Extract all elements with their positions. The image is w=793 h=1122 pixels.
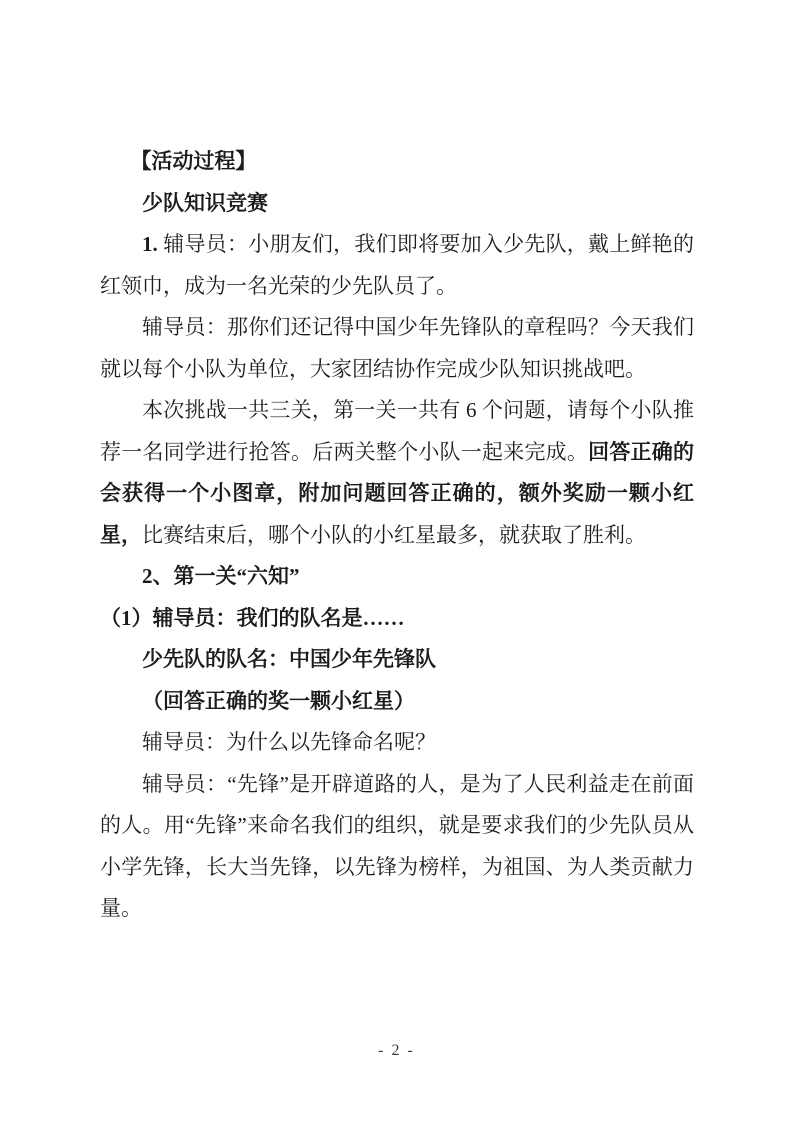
paragraph: 辅导员：那你们还记得中国少年先锋队的章程吗？今天我们就以每个小队为单位，大家团结… <box>100 307 694 390</box>
text-run-bold: 1. <box>142 232 163 256</box>
text-run: 辅导员：那你们还记得中国少年先锋队的章程吗？今天我们就以每个小队为单位，大家团结… <box>100 315 694 381</box>
paragraph: 1. 辅导员：小朋友们，我们即将要加入少先队，戴上鲜艳的红领巾，成为一名光荣的少… <box>100 224 694 307</box>
text-run: 辅导员：为什么以先锋命名呢？ <box>142 730 436 754</box>
text-run: 辅导员：“先锋”是开辟道路的人，是为了人民利益走在前面的人。用“先锋”来命名我们… <box>100 772 694 921</box>
paragraph: 本次挑战一共三关，第一关一共有 6 个问题，请每个小队推荐一名同学进行抢答。后两… <box>100 390 694 556</box>
paragraph: （1）辅导员：我们的队名是…… <box>100 598 694 640</box>
paragraph: 2、第一关“六知” <box>100 556 694 598</box>
text-run-bold: 【活动过程】 <box>130 150 256 173</box>
text-run-bold: （回答正确的奖一颗小红星） <box>142 689 415 713</box>
paragraph: 少先队的队名：中国少年先锋队 <box>100 639 694 681</box>
text-run-bold: （1）辅导员：我们的队名是…… <box>100 606 405 630</box>
paragraph: 辅导员：为什么以先锋命名呢？ <box>100 722 694 764</box>
paragraph: 少队知识竞赛 <box>100 183 694 225</box>
paragraph: 【活动过程】 <box>100 141 694 183</box>
paragraph: 辅导员：“先锋”是开辟道路的人，是为了人民利益走在前面的人。用“先锋”来命名我们… <box>100 764 694 930</box>
text-run-bold: 2、第一关“六知” <box>142 564 300 588</box>
document-body: 【活动过程】少队知识竞赛1. 辅导员：小朋友们，我们即将要加入少先队，戴上鲜艳的… <box>100 141 694 930</box>
document-page: 【活动过程】少队知识竞赛1. 辅导员：小朋友们，我们即将要加入少先队，戴上鲜艳的… <box>0 0 793 1122</box>
text-run-bold: 少先队的队名：中国少年先锋队 <box>142 647 436 671</box>
page-number: - 2 - <box>0 1042 793 1060</box>
text-run-bold: 少队知识竞赛 <box>142 192 268 215</box>
paragraph: （回答正确的奖一颗小红星） <box>100 681 694 723</box>
text-run: 比赛结束后，哪个小队的小红星最多，就获取了胜利。 <box>142 523 646 547</box>
text-run: 辅导员：小朋友们，我们即将要加入少先队，戴上鲜艳的红领巾，成为一名光荣的少先队员… <box>100 232 694 298</box>
